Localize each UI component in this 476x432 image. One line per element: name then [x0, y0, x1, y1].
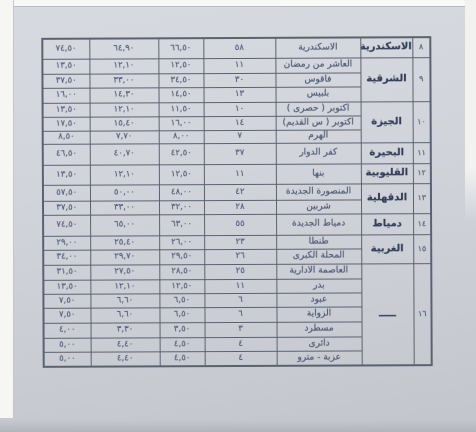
- governorate-cell: الشرقية: [360, 57, 412, 101]
- value-cell: ٥٠,٠٠: [90, 184, 159, 200]
- value-cell: ٢٩,٥٠: [159, 249, 204, 264]
- value-cell: ٤: [205, 351, 277, 366]
- value-cell: ٣١,٥٠: [43, 265, 90, 280]
- governorate-cell: الجيزة: [361, 101, 413, 142]
- value-cell: ٢٩,٧٠: [90, 249, 159, 264]
- value-cell: ٢٣: [204, 235, 276, 249]
- governorate-cell: الغربية: [361, 234, 413, 263]
- table-row: ١١البحيرةكفر الدوار٣٧٤٢,٥٠٤٠,٧٠٤٦,٥٠: [43, 142, 431, 165]
- value-cell: ٥,٠٠: [44, 352, 91, 367]
- value-cell: ٤,٥٠: [160, 337, 205, 351]
- value-cell: ٣٧,٥٠: [42, 74, 89, 88]
- governorate-cell: ـــــ: [361, 263, 413, 365]
- value-cell: ٦,٦٠: [90, 307, 159, 322]
- value-cell: ٢٥: [204, 264, 276, 279]
- page-edge-top: [0, 0, 476, 7]
- value-cell: ٢٧,٥٠: [90, 264, 159, 279]
- value-cell: ١٣,٥٠: [43, 165, 90, 185]
- value-cell: ٣٢,٠٠: [159, 200, 204, 214]
- value-cell: ١١,٥٠: [159, 102, 204, 116]
- value-cell: ١٢,١٠: [90, 102, 159, 116]
- value-cell: ٧,٧٠: [90, 130, 159, 143]
- table-body: ٨الاسكندريةالاسكندرية٥٨٦٦,٥٠٦٤,٩٠٧٤,٥٠٩ا…: [42, 37, 431, 367]
- value-cell: ١٥,٤٠: [90, 116, 159, 130]
- value-cell: ٢٩,٠٠: [43, 236, 90, 250]
- value-cell: ١٤,٣٠: [89, 87, 158, 102]
- value-cell: ١٤,٥٠: [158, 87, 203, 102]
- serial-cell: ١٤: [413, 213, 431, 234]
- value-cell: ٤,٤٠: [91, 351, 160, 366]
- page-edge-bottom: [0, 420, 476, 432]
- value-cell: ٧: [204, 130, 276, 143]
- value-cell: ١٣,٥٠: [43, 103, 90, 117]
- governorate-cell: دمياط: [361, 213, 413, 234]
- value-cell: ١٣,٥٠: [43, 280, 90, 294]
- city-cell: المحلة الكبرى: [276, 248, 361, 263]
- value-cell: ٦,٥٠: [159, 307, 204, 322]
- serial-cell: ١٢: [413, 163, 431, 183]
- value-cell: ٣٠: [203, 73, 275, 87]
- value-cell: ٣٧: [204, 143, 276, 164]
- value-cell: ١٦,٠٠: [43, 88, 90, 103]
- governorate-rates-table: ٨الاسكندريةالاسكندرية٥٨٦٦,٥٠٦٤,٩٠٧٤,٥٠٩ا…: [41, 36, 432, 368]
- table-wrapper: ٨الاسكندريةالاسكندرية٥٨٦٦,٥٠٦٤,٩٠٧٤,٥٠٩ا…: [41, 36, 430, 368]
- value-cell: ٦٦,٥٠: [158, 38, 203, 58]
- city-cell: اكتوبر ( حصرى ): [276, 101, 361, 115]
- serial-cell: ١٥: [413, 234, 431, 263]
- value-cell: ٢٦: [204, 249, 276, 264]
- city-cell: عزبة - مترو: [277, 350, 362, 365]
- city-cell: العاشر من رمضان: [275, 57, 360, 72]
- governorate-cell: الاسكندرية: [360, 37, 412, 57]
- value-cell: ٤٠,٧٠: [90, 143, 159, 164]
- city-cell: دائرى: [277, 336, 362, 350]
- value-cell: ٤: [205, 337, 277, 351]
- table-row: ٩الشرقيةالعاشر من رمضان١١١٢,٥٠١٢,١٠١٣,٥٠: [42, 57, 430, 74]
- value-cell: ١٢,١٠: [90, 279, 159, 293]
- value-cell: ٥٧,٥٠: [43, 185, 90, 201]
- governorate-cell: القليوبية: [361, 163, 413, 183]
- city-cell: الهرم: [276, 129, 361, 142]
- city-cell: الزواية: [276, 306, 361, 321]
- table-row: ١٠الجيزةاكتوبر ( حصرى )١٠١١,٥٠١٢,١٠١٣,٥٠: [43, 101, 431, 117]
- city-cell: بنها: [276, 163, 361, 183]
- value-cell: ٤٦,٥٠: [43, 144, 90, 165]
- city-cell: كفر الدوار: [276, 142, 361, 163]
- city-cell: دمياط الجديدة: [276, 213, 361, 234]
- table-row: ٨الاسكندريةالاسكندرية٥٨٦٦,٥٠٦٤,٩٠٧٤,٥٠: [42, 37, 430, 59]
- value-cell: ٧٤,٥٠: [43, 215, 90, 236]
- value-cell: ٦٣,٠٠: [159, 214, 204, 235]
- value-cell: ٦٤,٩٠: [89, 38, 158, 58]
- value-cell: ٦,٦٠: [90, 293, 159, 307]
- value-cell: ٢٨,٥٠: [159, 264, 204, 279]
- city-cell: بلبيس: [275, 86, 360, 101]
- city-cell: اكتوبر ( س القديم): [276, 115, 361, 129]
- table-row: ١٣الدقهليةالمنصورة الجديدة٤٢٤٨,٠٠٥٠,٠٠٥٧…: [43, 183, 431, 201]
- value-cell: ٤٢: [204, 184, 276, 200]
- value-cell: ٣٤,٥٠: [158, 73, 203, 87]
- value-cell: ٢٥,٤٠: [90, 235, 159, 249]
- city-cell: مسطرد: [277, 321, 362, 336]
- value-cell: ١٧,٥٠: [43, 117, 90, 131]
- value-cell: ١٦,٠٠: [159, 116, 204, 130]
- city-cell: فاقوس: [275, 72, 360, 86]
- serial-cell: ١٠: [413, 101, 431, 142]
- city-cell: شربين: [276, 199, 361, 213]
- value-cell: ٣٣,٠٠: [90, 200, 159, 214]
- value-cell: ٣٣,٠٠: [89, 73, 158, 87]
- city-cell: بدر: [276, 278, 361, 292]
- value-cell: ٧,٥٠: [43, 294, 90, 308]
- city-cell: العاصمة الادارية: [276, 263, 361, 278]
- value-cell: ١٢,٥٠: [159, 164, 204, 184]
- value-cell: ٧٤,٥٠: [42, 39, 89, 59]
- governorate-cell: الدقهلية: [361, 183, 413, 213]
- value-cell: ٦٥,٠٠: [90, 214, 159, 235]
- value-cell: ٢٨: [204, 200, 276, 214]
- value-cell: ١٣,٥٠: [42, 59, 89, 74]
- value-cell: ٣,٥٠: [160, 322, 205, 337]
- page-edge-right: [465, 0, 476, 222]
- city-cell: طنطا: [276, 234, 361, 248]
- value-cell: ١٢,٥٠: [159, 279, 204, 293]
- serial-cell: ١٣: [413, 183, 431, 213]
- value-cell: ١١: [203, 58, 275, 73]
- value-cell: ٤٨,٠٠: [159, 184, 204, 200]
- value-cell: ٥,٠٠: [44, 338, 91, 352]
- serial-cell: ١٦: [413, 263, 431, 365]
- city-cell: عبود: [276, 292, 361, 306]
- value-cell: ١٢,١٠: [90, 164, 159, 184]
- value-cell: ٣٧,٥٠: [43, 201, 90, 215]
- value-cell: ٤,٥٠: [160, 351, 205, 366]
- value-cell: ٣٤,٠٠: [43, 250, 90, 265]
- value-cell: ١٢,١٠: [89, 58, 158, 73]
- value-cell: ١٣: [203, 87, 275, 102]
- value-cell: ٢٦,٠٠: [159, 235, 204, 249]
- value-cell: ٦,٥٠: [159, 293, 204, 307]
- value-cell: ٤,٠٠: [44, 323, 91, 338]
- table-row: ١٢القليوبيةبنها١١١٢,٥٠١٢,١٠١٣,٥٠: [43, 163, 431, 185]
- value-cell: ٤٢,٥٠: [159, 143, 204, 164]
- value-cell: ١٤: [204, 116, 276, 130]
- serial-cell: ٨: [412, 37, 430, 57]
- value-cell: ١١: [204, 279, 276, 293]
- value-cell: ٥٥: [204, 214, 276, 235]
- value-cell: ٦: [204, 293, 276, 307]
- value-cell: ٦: [204, 307, 276, 322]
- value-cell: ١٢,٥٠: [158, 58, 203, 73]
- value-cell: ٨,٠٠: [159, 130, 204, 143]
- city-cell: المنصورة الجديدة: [276, 183, 361, 199]
- value-cell: ٧,٥٠: [43, 308, 90, 323]
- serial-cell: ٩: [412, 57, 430, 101]
- city-cell: الاسكندرية: [275, 37, 360, 57]
- table-row: ١٥الغربيةطنطا٢٣٢٦,٠٠٢٥,٤٠٢٩,٠٠: [43, 234, 431, 250]
- serial-cell: ١١: [413, 142, 431, 163]
- page-edge-left: [0, 0, 14, 418]
- value-cell: ١١: [204, 164, 276, 184]
- table-row: ١٤دمياطدمياط الجديدة٥٥٦٣,٠٠٦٥,٠٠٧٤,٥٠: [43, 213, 431, 236]
- scanned-page: ٨الاسكندريةالاسكندرية٥٨٦٦,٥٠٦٤,٩٠٧٤,٥٠٩ا…: [0, 0, 476, 432]
- value-cell: ١٠: [204, 102, 276, 116]
- governorate-cell: البحيرة: [361, 142, 413, 163]
- value-cell: ٥٨: [203, 38, 275, 58]
- value-cell: ٨,٥٠: [43, 131, 90, 144]
- table-row: ١٦ـــــالعاصمة الادارية٢٥٢٨,٥٠٢٧,٥٠٣١,٥٠: [43, 263, 431, 280]
- value-cell: ٣,٣٠: [91, 322, 160, 337]
- value-cell: ٤,٤٠: [91, 337, 160, 351]
- value-cell: ٣: [205, 322, 277, 337]
